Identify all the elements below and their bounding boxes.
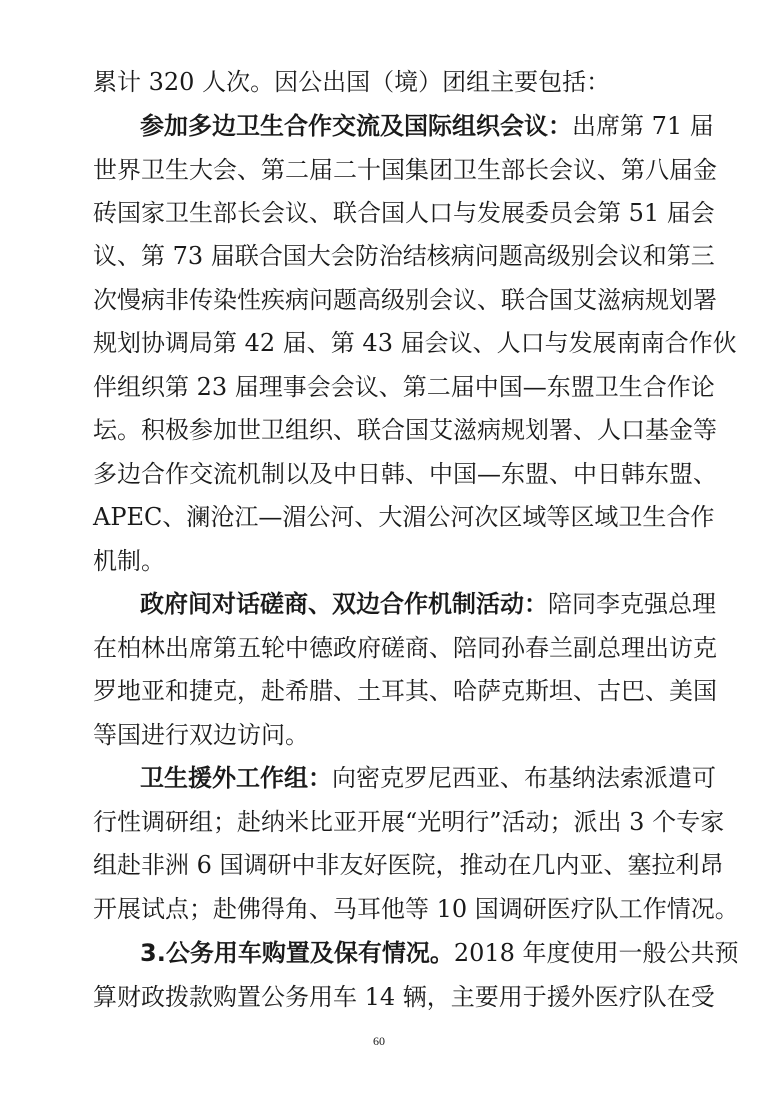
text-line: 多边合作交流机制以及中日韩、中国—东盟、中日韩东盟、	[93, 452, 667, 496]
body-text: 伴组织第 23 届理事会会议、第二届中国—东盟卫生合作论	[93, 373, 715, 401]
text-line: 议、第 73 届联合国大会防治结核病问题高级别会议和第三	[93, 234, 667, 278]
text-line: 行性调研组；赴纳米比亚开展“光明行”活动；派出 3 个专家	[93, 800, 667, 844]
text-line: 在柏林出席第五轮中德政府磋商、陪同孙春兰副总理出访克	[93, 626, 667, 670]
text-line: 算财政拨款购置公务用车 14 辆，主要用于援外医疗队在受	[93, 975, 667, 1019]
text-line: APEC、澜沧江—湄公河、大湄公河次区域等区域卫生合作	[93, 495, 667, 539]
text-line: 世界卫生大会、第二届二十国集团卫生部长会议、第八届金	[93, 148, 667, 192]
text-line: 3.公务用车购置及保有情况。2018 年度使用一般公共预	[140, 931, 667, 975]
body-text: 行性调研组；赴纳米比亚开展“光明行”活动；派出 3 个专家	[93, 808, 724, 836]
text-line: 组赴非洲 6 国调研中非友好医院，推动在几内亚、塞拉利昂	[93, 843, 667, 887]
text-line: 开展试点；赴佛得角、马耳他等 10 国调研医疗队工作情况。	[93, 887, 667, 931]
body-text: 出席第 71 届	[572, 112, 714, 140]
body-text: 等国进行双边访问。	[93, 721, 309, 749]
text-line: 坛。积极参加世卫组织、联合国艾滋病规划署、人口基金等	[93, 408, 667, 452]
body-text: 算财政拨款购置公务用车 14 辆，主要用于援外医疗队在受	[93, 983, 715, 1011]
bold-heading: 政府间对话磋商、双边合作机制活动：	[140, 590, 548, 618]
text-line: 机制。	[93, 539, 667, 583]
body-text: 在柏林出席第五轮中德政府磋商、陪同孙春兰副总理出访克	[93, 634, 717, 662]
text-line: 罗地亚和捷克，赴希腊、土耳其、哈萨克斯坦、古巴、美国	[93, 669, 667, 713]
body-text: 向密克罗尼西亚、布基纳法索派遣可	[332, 764, 716, 792]
bold-heading: 参加多边卫生合作交流及国际组织会议：	[140, 112, 572, 140]
text-line: 次慢病非传染性疾病问题高级别会议、联合国艾滋病规划署	[93, 278, 667, 322]
body-text: 机制。	[93, 547, 165, 575]
bold-heading: 卫生援外工作组：	[140, 764, 332, 792]
body-text: 次慢病非传染性疾病问题高级别会议、联合国艾滋病规划署	[93, 286, 717, 314]
page-number: 60	[359, 1034, 399, 1049]
document-page: 累计 320 人次。因公出国（境）团组主要包括： 参加多边卫生合作交流及国际组织…	[0, 0, 758, 1100]
text-line: 政府间对话磋商、双边合作机制活动：陪同李克强总理	[140, 582, 667, 626]
text-line: 规划协调局第 42 届、第 43 届会议、人口与发展南南合作伙	[93, 321, 667, 365]
text-line: 伴组织第 23 届理事会会议、第二届中国—东盟卫生合作论	[93, 365, 667, 409]
bold-heading: 3.公务用车购置及保有情况。	[140, 939, 454, 967]
body-text: 议、第 73 届联合国大会防治结核病问题高级别会议和第三	[93, 242, 715, 270]
body-text: 罗地亚和捷克，赴希腊、土耳其、哈萨克斯坦、古巴、美国	[93, 677, 717, 705]
text-line: 砖国家卫生部长会议、联合国人口与发展委员会第 51 届会	[93, 191, 667, 235]
text-line: 累计 320 人次。因公出国（境）团组主要包括：	[93, 60, 667, 104]
body-text: 累计 320 人次。因公出国（境）团组主要包括：	[93, 68, 610, 96]
body-text: 组赴非洲 6 国调研中非友好医院，推动在几内亚、塞拉利昂	[93, 851, 724, 879]
body-text: 砖国家卫生部长会议、联合国人口与发展委员会第 51 届会	[93, 199, 715, 227]
body-text: 开展试点；赴佛得角、马耳他等 10 国调研医疗队工作情况。	[93, 895, 739, 923]
body-text: 坛。积极参加世卫组织、联合国艾滋病规划署、人口基金等	[93, 416, 717, 444]
body-text: 2018 年度使用一般公共预	[454, 939, 739, 967]
body-text: 规划协调局第 42 届、第 43 届会议、人口与发展南南合作伙	[93, 329, 737, 357]
body-text: APEC、澜沧江—湄公河、大湄公河次区域等区域卫生合作	[93, 503, 714, 531]
text-line: 等国进行双边访问。	[93, 713, 667, 757]
body-text: 多边合作交流机制以及中日韩、中国—东盟、中日韩东盟、	[93, 460, 717, 488]
body-text: 世界卫生大会、第二届二十国集团卫生部长会议、第八届金	[93, 156, 717, 184]
text-line: 卫生援外工作组：向密克罗尼西亚、布基纳法索派遣可	[140, 756, 667, 800]
body-text: 陪同李克强总理	[548, 590, 716, 618]
text-line: 参加多边卫生合作交流及国际组织会议：出席第 71 届	[140, 104, 667, 148]
